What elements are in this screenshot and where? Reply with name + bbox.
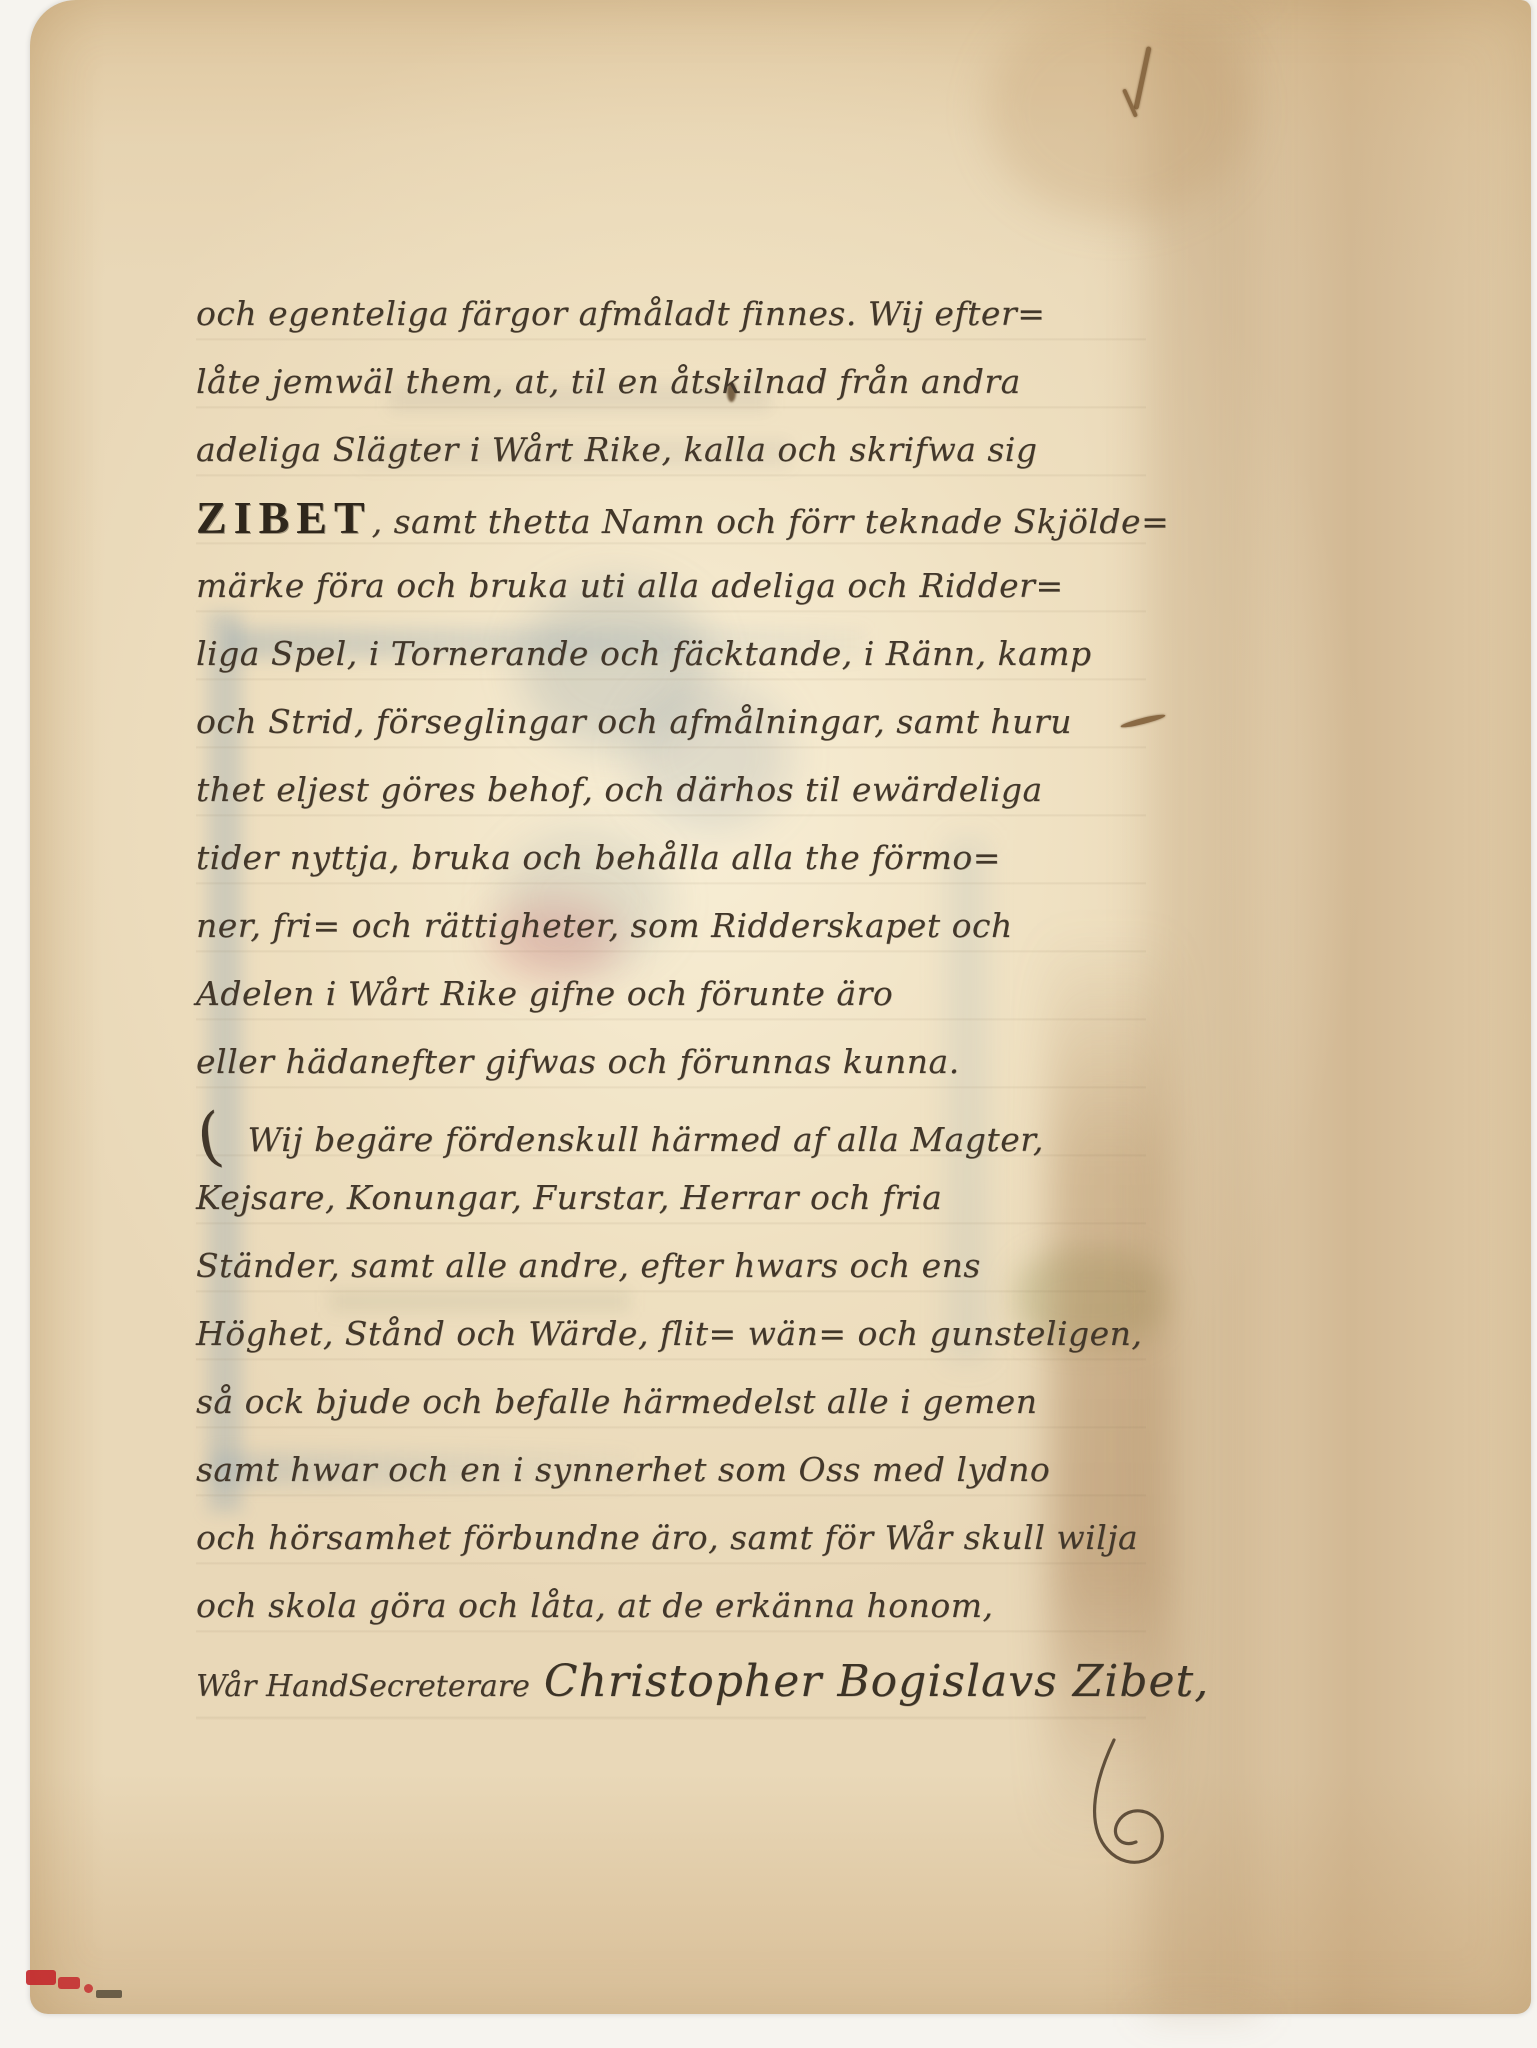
wax-mark bbox=[84, 1984, 93, 1993]
manuscript-line-zibet: ZIBET, samt thetta Namn och förr teknade… bbox=[196, 486, 1146, 554]
closing-title: Wår HandSecreterare bbox=[196, 1669, 530, 1704]
manuscript-line: adeliga Slägter i Wårt Rike, kalla och s… bbox=[196, 418, 1146, 486]
manuscript-line-paragraph-start: (Wij begäre fördenskull härmed af alla M… bbox=[196, 1098, 1146, 1166]
ink-speck bbox=[96, 1990, 122, 1998]
manuscript-line-rest: , samt thetta Namn och förr teknade Skjö… bbox=[372, 502, 1170, 541]
manuscript-line: och skola göra och låta, at de erkänna h… bbox=[196, 1574, 1146, 1642]
manuscript-line: eller hädanefter gifwas och förunnas kun… bbox=[196, 1030, 1146, 1098]
signature-name: Christopher Bogislavs Zibet, bbox=[544, 1656, 1209, 1707]
wax-mark bbox=[58, 1977, 80, 1989]
manuscript-line: samt hwar och en i synnerhet som Oss med… bbox=[196, 1438, 1146, 1506]
manuscript-line: Ständer, samt alle andre, efter hwars oc… bbox=[196, 1234, 1146, 1302]
manuscript-line: och Strid, förseglingar och afmålningar,… bbox=[196, 690, 1146, 758]
manuscript-line: ner, fri= och rättigheter, som Ridderska… bbox=[196, 894, 1146, 962]
manuscript-line-rest: Wij begäre fördenskull härmed af alla Ma… bbox=[247, 1120, 1043, 1159]
manuscript-text-block: och egenteliga färgor afmåladt finnes. W… bbox=[196, 282, 1146, 1732]
manuscript-line: liga Spel, i Tornerande och fäcktande, i… bbox=[196, 622, 1146, 690]
manuscript-line: och hörsamhet förbundne äro, samt för Wå… bbox=[196, 1506, 1146, 1574]
closing-line: Wår HandSecreterareChristopher Bogislavs… bbox=[196, 1642, 1146, 1732]
manuscript-line: Adelen i Wårt Rike gifne och förunte äro bbox=[196, 962, 1146, 1030]
paragraph-flourish-icon: ( bbox=[193, 1104, 227, 1171]
wax-mark bbox=[26, 1970, 56, 1985]
manuscript-line: och egenteliga färgor afmåladt finnes. W… bbox=[196, 282, 1146, 350]
manuscript-line: Kejsare, Konungar, Furstar, Herrar och f… bbox=[196, 1166, 1146, 1234]
manuscript-line: låte jemwäl them, at, til en åtskilnad f… bbox=[196, 350, 1146, 418]
family-name-display: ZIBET bbox=[196, 492, 372, 543]
manuscript-line: tider nyttja, bruka och behålla alla the… bbox=[196, 826, 1146, 894]
signature-flourish-icon bbox=[1056, 1738, 1186, 1888]
manuscript-line: så ock bjude och befalle härmedelst alle… bbox=[196, 1370, 1146, 1438]
manuscript-line: Höghet, Stånd och Wärde, flit= wän= och … bbox=[196, 1302, 1146, 1370]
manuscript-line: thet eljest göres behof, och därhos til … bbox=[196, 758, 1146, 826]
manuscript-line: märke föra och bruka uti alla adeliga oc… bbox=[196, 554, 1146, 622]
